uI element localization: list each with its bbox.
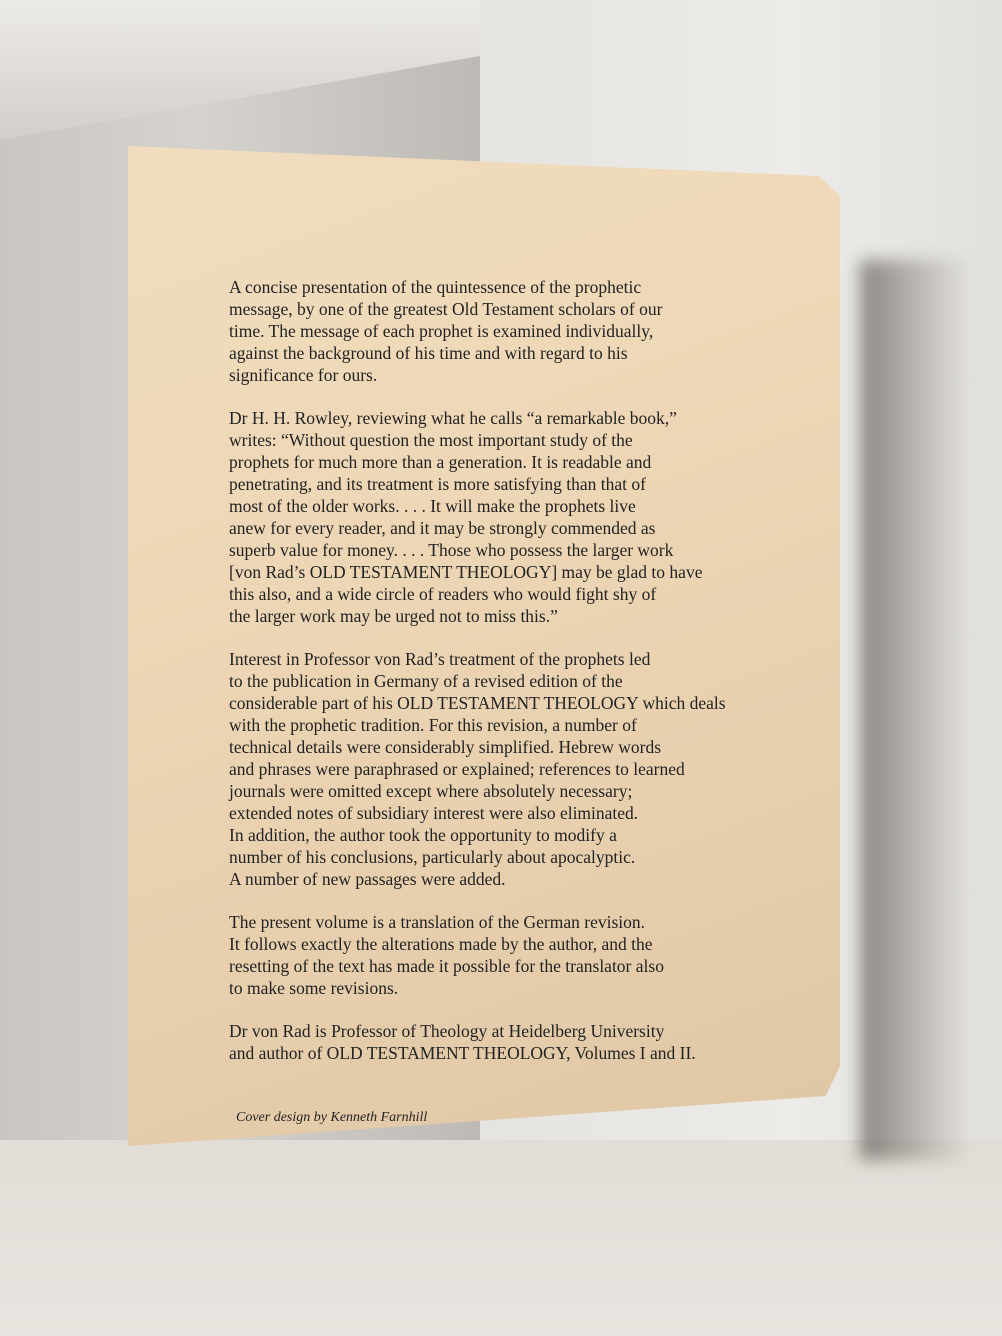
cover-design-credit: Cover design by Kenneth Farnhill xyxy=(236,1110,427,1126)
author-bio: Dr von Rad is Professor of Theology at H… xyxy=(229,1020,749,1064)
blurb-paragraph-4: The present volume is a translation of t… xyxy=(229,911,749,999)
blurb-paragraph-1: A concise presentation of the quintessen… xyxy=(229,276,749,386)
blurb-paragraph-2-review: Dr H. H. Rowley, reviewing what he calls… xyxy=(229,407,749,627)
blurb-text: A concise presentation of the quintessen… xyxy=(229,276,749,1085)
blurb-paragraph-3: Interest in Professor von Rad’s treatmen… xyxy=(229,648,749,890)
backdrop-floor xyxy=(0,1140,1002,1336)
book-shadow xyxy=(860,260,970,1160)
